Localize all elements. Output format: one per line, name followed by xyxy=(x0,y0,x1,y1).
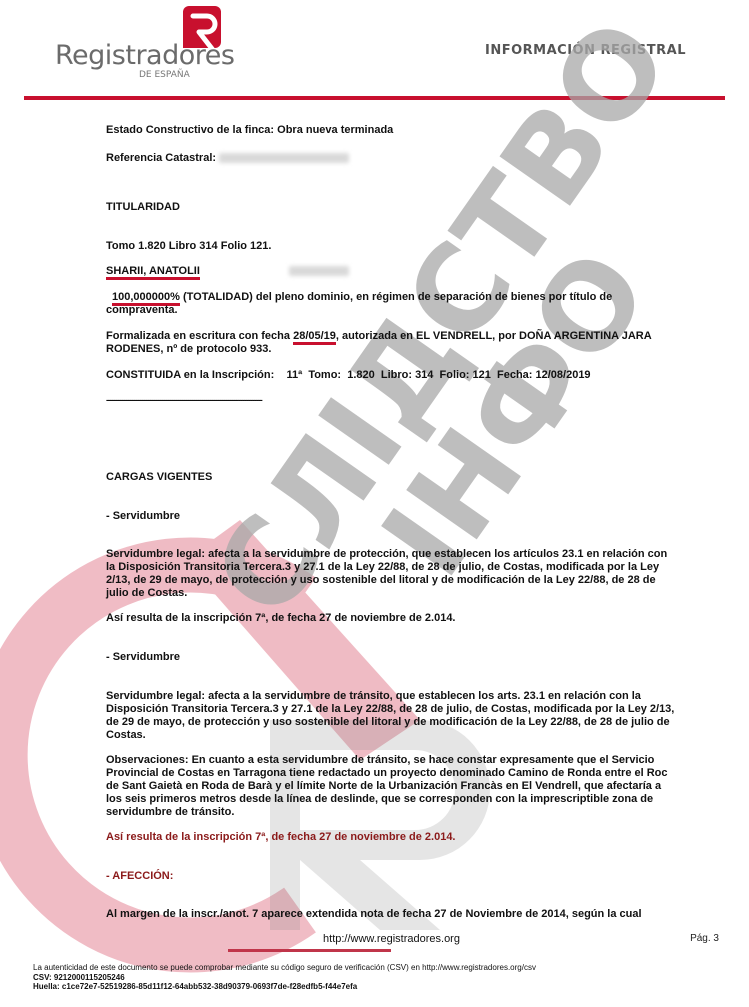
header-divider-full xyxy=(24,96,725,100)
margen-line: Al margen de la inscr./anot. 7 aparece e… xyxy=(106,908,642,921)
csv-code: CSV: 9212000115205246 xyxy=(33,973,536,983)
referencia-catastral: Referencia Catastral: xyxy=(106,152,349,165)
tomo-line: Tomo 1.820 Libro 314 Folio 121. xyxy=(106,240,271,253)
footer-divider xyxy=(228,949,391,952)
titularidad-heading: TITULARIDAD xyxy=(106,201,180,214)
redacted-owner-id xyxy=(289,266,349,276)
formalizada-date: 28/05/19 xyxy=(293,330,336,345)
formalizada-text-2: , autorizada en EL VENDRELL, por DOÑA AR… xyxy=(336,330,652,342)
authenticity-note: La autenticidad de este documento se pue… xyxy=(33,963,536,973)
formalizada-text: Formalizada en escritura con fecha xyxy=(106,330,293,342)
csv-verification-block: La autenticidad de este documento se pue… xyxy=(33,963,536,992)
huella-hash: Huella: c1ce72e7-52519286-85d11f12-64abb… xyxy=(33,982,536,992)
footer-url-text[interactable]: http://www.registradores.org xyxy=(323,933,460,945)
formalizada-text-3: RODENES, nº de protocolo 933. xyxy=(106,343,271,355)
servidumbre-2-result: Así resulta de la inscripción 7ª, de fec… xyxy=(106,831,456,844)
page-number: Pág. 3 xyxy=(690,933,719,944)
footer-url[interactable]: http://www.registradores.org xyxy=(0,933,749,945)
share-text-2: compraventa. xyxy=(106,304,178,316)
servidumbre-1-heading: - Servidumbre xyxy=(106,510,180,523)
share-text: (TOTALIDAD) del pleno dominio, en régime… xyxy=(180,291,612,303)
observaciones-text: Observaciones: En cuanto a esta servidum… xyxy=(106,754,678,819)
servidumbre-1-result: Así resulta de la inscripción 7ª, de fec… xyxy=(106,612,456,625)
servidumbre-2-heading: - Servidumbre xyxy=(106,651,180,664)
servidumbre-2-text: Servidumbre legal: afecta a la servidumb… xyxy=(106,690,678,742)
logo-subtitle: DE ESPAÑA xyxy=(139,70,190,80)
dashes-divider: ----------------------------------------… xyxy=(106,394,262,407)
cargas-vigentes-heading: CARGAS VIGENTES xyxy=(106,471,212,484)
watermark-gray-r-icon xyxy=(270,720,490,930)
redacted-catastral-value xyxy=(219,153,349,163)
estado-constructivo: Estado Constructivo de la finca: Obra nu… xyxy=(106,124,393,137)
owner-row: SHARII, ANATOLII xyxy=(106,265,349,278)
owner-name: SHARII, ANATOLII xyxy=(106,265,200,280)
registradores-logo: Registradores DE ESPAÑA xyxy=(55,6,235,82)
document-header-title: INFORMACIÓN REGISTRAL xyxy=(485,43,686,58)
formalizada-paragraph: Formalizada en escritura con fecha 28/05… xyxy=(106,330,678,356)
watermark-text-line2: ІНФО xyxy=(355,226,675,600)
constituida-line: CONSTITUIDA en la Inscripción: 11ª Tomo:… xyxy=(106,369,591,382)
logo-wordmark: Registradores xyxy=(55,40,234,71)
servidumbre-1-text: Servidumbre legal: afecta a la servidumb… xyxy=(106,548,678,600)
referencia-label: Referencia Catastral: xyxy=(106,152,216,164)
afeccion-heading: - AFECCIÓN: xyxy=(106,870,173,883)
share-paragraph: 100,000000% (TOTALIDAD) del pleno domini… xyxy=(106,291,678,317)
